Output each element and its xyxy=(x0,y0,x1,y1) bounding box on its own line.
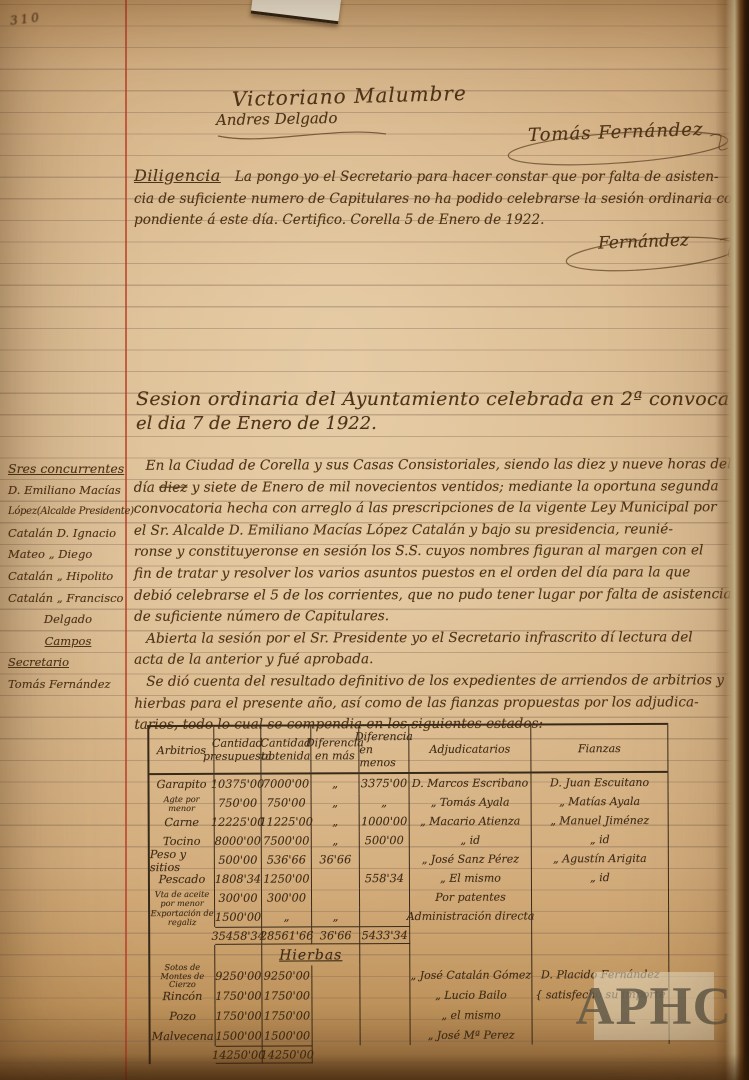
body-line: el Sr. Alcalde D. Emiliano Macías López … xyxy=(134,519,740,542)
table-cell: „ xyxy=(360,793,410,812)
table-cell: 300'00 xyxy=(215,889,262,908)
body-line: hierbas para el presente año, así como d… xyxy=(134,692,740,715)
table-cell xyxy=(360,888,410,907)
margin-header: Sres concurrentes xyxy=(8,458,128,480)
table-header-cell: Adjudicatarios xyxy=(409,725,531,772)
table-row: Carne 12225'00 11225'00 „ 1000'00 „ Maca… xyxy=(150,811,669,832)
header-label: en más xyxy=(315,749,355,762)
diligencia-signature-name: Fernández xyxy=(598,230,690,253)
table-cell: 12225'00 xyxy=(215,813,262,832)
header-label: Diferencia xyxy=(355,729,413,742)
table-cell: „ id xyxy=(532,830,669,850)
table-cell xyxy=(360,985,410,1005)
body-line-part: y siete de Enero de mil novecientos vent… xyxy=(187,478,718,495)
table-row: Agte por menor 750'00 750'00 „ „ „ Tomás… xyxy=(150,792,669,813)
ledger-page-photo: 310 Victoriano Malumbre Andres Delgado T… xyxy=(0,0,749,1080)
table-row: Pescado 1808'34 1250'00 558'34 „ El mism… xyxy=(150,868,669,889)
margin-secretary-name: Tomás Fernández xyxy=(8,674,128,696)
table-cell: D. Marcos Escribano xyxy=(409,773,531,793)
table-cell xyxy=(532,887,669,907)
attendee-line: Catalán D. Ignacio xyxy=(8,523,128,545)
table-cell: 558'34 xyxy=(360,869,410,888)
table-header-cell: Diferenciaen menos xyxy=(359,726,409,772)
table-cell: 8000'00 xyxy=(215,832,262,851)
header-label: en menos xyxy=(359,742,408,768)
table-cell: 7000'00 xyxy=(261,774,311,793)
table-cell: 536'66 xyxy=(262,850,312,869)
watermark-aphc: APHC xyxy=(594,972,714,1040)
body-line: ronse y constituyeronse en sesión los S.… xyxy=(134,541,740,564)
table-cell: 750'00 xyxy=(215,794,262,813)
table-cell xyxy=(410,943,532,965)
table-cell: Sotos de Montes de Cierzo xyxy=(150,966,215,986)
table-cell: „ Lucio Bailo xyxy=(410,984,532,1005)
table-cell: 1000'00 xyxy=(360,812,410,831)
table-header-row: Arbitrios Cantidadpresupuesta Cantidadob… xyxy=(149,725,668,775)
table-cell: 500'00 xyxy=(215,851,262,870)
table-cell xyxy=(312,869,360,888)
attendee-line: Mateo „ Diego xyxy=(8,544,128,566)
table-cell xyxy=(312,888,360,907)
table-cell: Exportación de regaliz xyxy=(150,908,215,927)
pencil-note: 310 xyxy=(9,10,42,28)
diligencia-label: Diligencia xyxy=(134,166,221,185)
diligencia-signature: Fernández xyxy=(560,222,740,280)
body-line: debió celebrarse el 5 de los corrientes,… xyxy=(134,584,740,607)
table-cell: Vta de aceite por menor xyxy=(150,889,215,908)
table-cell: „ id xyxy=(410,830,532,850)
table-cell: „ El mismo xyxy=(410,868,532,888)
table-cell: Agte por menor xyxy=(150,794,215,813)
table-cell: „ Matías Ayala xyxy=(532,792,669,812)
table-row: Exportación de regaliz 1500'00 „ „ Admin… xyxy=(150,906,669,927)
total-cell: 36'66 xyxy=(312,926,360,944)
table-cell: Administración directa xyxy=(410,906,532,926)
table-cell: 1500'00 xyxy=(216,1026,263,1046)
table-cell: „ Manuel Jiménez xyxy=(532,811,669,831)
table-cell: 1750'00 xyxy=(215,1006,262,1026)
table-cell: 1500'00 xyxy=(215,908,262,927)
totals-row: 35458'34 28561'66 36'66 5433'34 xyxy=(150,925,669,945)
table-cell: 300'00 xyxy=(262,888,312,907)
table-cell: Malvecena xyxy=(151,1026,216,1046)
body-line: de suficiente número de Capitulares. xyxy=(134,605,740,628)
attendee-line: D. Emiliano Macías xyxy=(8,480,128,502)
bottom-shadow xyxy=(0,1054,749,1080)
table-cell: „ Agustín Arigita xyxy=(532,849,669,869)
table-cell: „ id xyxy=(532,868,669,888)
table-cell: „ xyxy=(312,793,360,812)
margin-secretary-label: Secretario xyxy=(8,652,128,674)
table-cell: Rincón xyxy=(150,986,215,1006)
hierbas-title-cell: Hierbas xyxy=(262,944,360,965)
table-cell: 750'00 xyxy=(262,793,312,812)
table-cell xyxy=(410,925,532,944)
table-cell: „ xyxy=(311,774,359,793)
body-line: Abierta la sesión por el Sr. Presidente … xyxy=(134,627,740,650)
body-paragraph: En la Ciudad de Corella y sus Casas Cons… xyxy=(134,454,741,736)
table-cell xyxy=(312,1005,360,1025)
table-cell: „ xyxy=(312,812,360,831)
header-label: Cantidad xyxy=(212,737,263,750)
table-header-cell: Diferenciaen más xyxy=(311,726,359,772)
body-line: Se dió cuenta del resultado definitivo d… xyxy=(134,670,740,693)
table-cell: Por patentes xyxy=(410,887,532,907)
table-cell: 3375'00 xyxy=(359,774,409,793)
table-cell: D. Juan Escuitano xyxy=(531,773,668,793)
attendee-line: Campos xyxy=(8,631,128,653)
session-title: Sesion ordinaria del Ayuntamiento celebr… xyxy=(136,388,736,434)
margin-attendees: Sres concurrentes D. Emiliano Macías Lóp… xyxy=(8,458,128,696)
table-cell xyxy=(312,965,360,985)
table-cell: „ José Mª Perez xyxy=(411,1024,533,1045)
strikethrough-word: diez xyxy=(159,479,187,495)
table-cell xyxy=(312,985,360,1005)
table-cell: 1500'00 xyxy=(263,1025,313,1045)
table-cell: 9250'00 xyxy=(262,965,312,985)
table-cell: 1750'00 xyxy=(215,986,262,1006)
attendee-line: Catalán „ Hipolito xyxy=(8,566,128,588)
table-cell xyxy=(150,927,215,945)
table-cell: Carne xyxy=(150,813,215,832)
table-cell: Garapito xyxy=(149,775,214,794)
total-cell: 5433'34 xyxy=(360,926,410,944)
header-label: obtenida xyxy=(261,749,310,762)
table-header-cell: Fianzas xyxy=(531,725,668,772)
total-cell: 28561'66 xyxy=(262,926,312,944)
total-cell: 35458'34 xyxy=(215,927,262,945)
table-cell: 10375'00 xyxy=(214,775,261,794)
attendee-line: Catalán „ Francisco xyxy=(8,588,128,610)
body-line: día diez y siete de Enero de mil novecie… xyxy=(134,476,740,499)
table-cell: Pescado xyxy=(150,870,215,889)
table-cell: „ Macario Atienza xyxy=(410,811,532,831)
table-cell xyxy=(360,1005,410,1025)
table-cell: „ xyxy=(262,907,312,926)
table-cell: „ José Sanz Pérez xyxy=(410,849,532,869)
table-cell xyxy=(360,850,410,869)
body-line: convocatoria hecha con arreglo á las pre… xyxy=(134,497,740,520)
table-cell xyxy=(361,1025,411,1045)
table-header-cell: Cantidadpresupuesta xyxy=(214,727,261,773)
table-cell xyxy=(360,907,410,926)
hierbas-title: Hierbas xyxy=(279,947,342,963)
table-cell: 1750'00 xyxy=(262,985,312,1005)
table-cell: 7500'00 xyxy=(262,831,312,850)
table-cell: 1750'00 xyxy=(262,1005,312,1025)
table-cell xyxy=(532,943,669,965)
table-cell: „ xyxy=(312,831,360,850)
body-line-part: día xyxy=(134,479,160,495)
session-title-line2: el dia 7 de Enero de 1922. xyxy=(136,413,736,434)
header-label: Fianzas xyxy=(578,742,621,755)
table-cell xyxy=(360,944,410,965)
attendee-line: López(Alcalde Presidente) xyxy=(8,501,128,523)
table-cell: Pozo xyxy=(150,1006,215,1026)
body-line: acta de la anterior y fué aprobada. xyxy=(134,649,740,672)
table-cell xyxy=(532,906,669,926)
table-cell: „ el mismo xyxy=(410,1004,532,1025)
table-cell: 36'66 xyxy=(312,850,360,869)
book-right-edge xyxy=(715,0,749,1080)
table-cell: 9250'00 xyxy=(215,966,262,986)
attendee-line: Delgado xyxy=(8,609,128,631)
header-label: Cantidad xyxy=(261,736,312,749)
table-cell xyxy=(360,965,410,985)
header-label: Adjudicatarios xyxy=(429,742,510,755)
table-row: Tocino 8000'00 7500'00 „ 500'00 „ id „ i… xyxy=(150,830,669,851)
table-cell: „ xyxy=(312,907,360,926)
signature-swoosh-icon xyxy=(214,126,394,144)
table-cell: 1808'34 xyxy=(215,870,262,889)
table-row: Garapito 10375'00 7000'00 „ 3375'00 D. M… xyxy=(149,773,668,794)
table-cell xyxy=(215,945,262,966)
header-label: Arbitrios xyxy=(157,743,206,756)
paper-tab xyxy=(251,0,342,24)
hierbas-title-row: Hierbas xyxy=(150,943,669,966)
table-cell: „ José Catalán Gómez xyxy=(410,964,532,985)
body-line: En la Ciudad de Corella y sus Casas Cons… xyxy=(134,454,740,477)
body-line: fin de tratar y resolver los varios asun… xyxy=(134,562,740,585)
table-cell: 11225'00 xyxy=(262,812,312,831)
signature-secretary: Tomás Fernández xyxy=(500,114,730,174)
table-cell xyxy=(313,1025,361,1045)
table-header-cell: Cantidadobtenida xyxy=(261,726,311,772)
table-row: Peso y sitios 500'00 536'66 36'66 „ José… xyxy=(150,849,669,870)
table-cell xyxy=(532,925,669,944)
diligencia-line: cia de suficiente numero de Capitulares … xyxy=(134,189,738,211)
table-cell: 500'00 xyxy=(360,831,410,850)
table-cell: Peso y sitios xyxy=(150,851,215,870)
diligencia-line: La pongo yo el Secretario para hacer con… xyxy=(235,167,719,189)
table-cell: 1250'00 xyxy=(262,869,312,888)
table-row: Vta de aceite por menor 300'00 300'00 Po… xyxy=(150,887,669,908)
session-title-line1: Sesion ordinaria del Ayuntamiento celebr… xyxy=(136,388,736,410)
signature-victoriano: Victoriano Malumbre xyxy=(232,81,467,111)
table-cell: „ Tomás Ayala xyxy=(410,792,532,812)
